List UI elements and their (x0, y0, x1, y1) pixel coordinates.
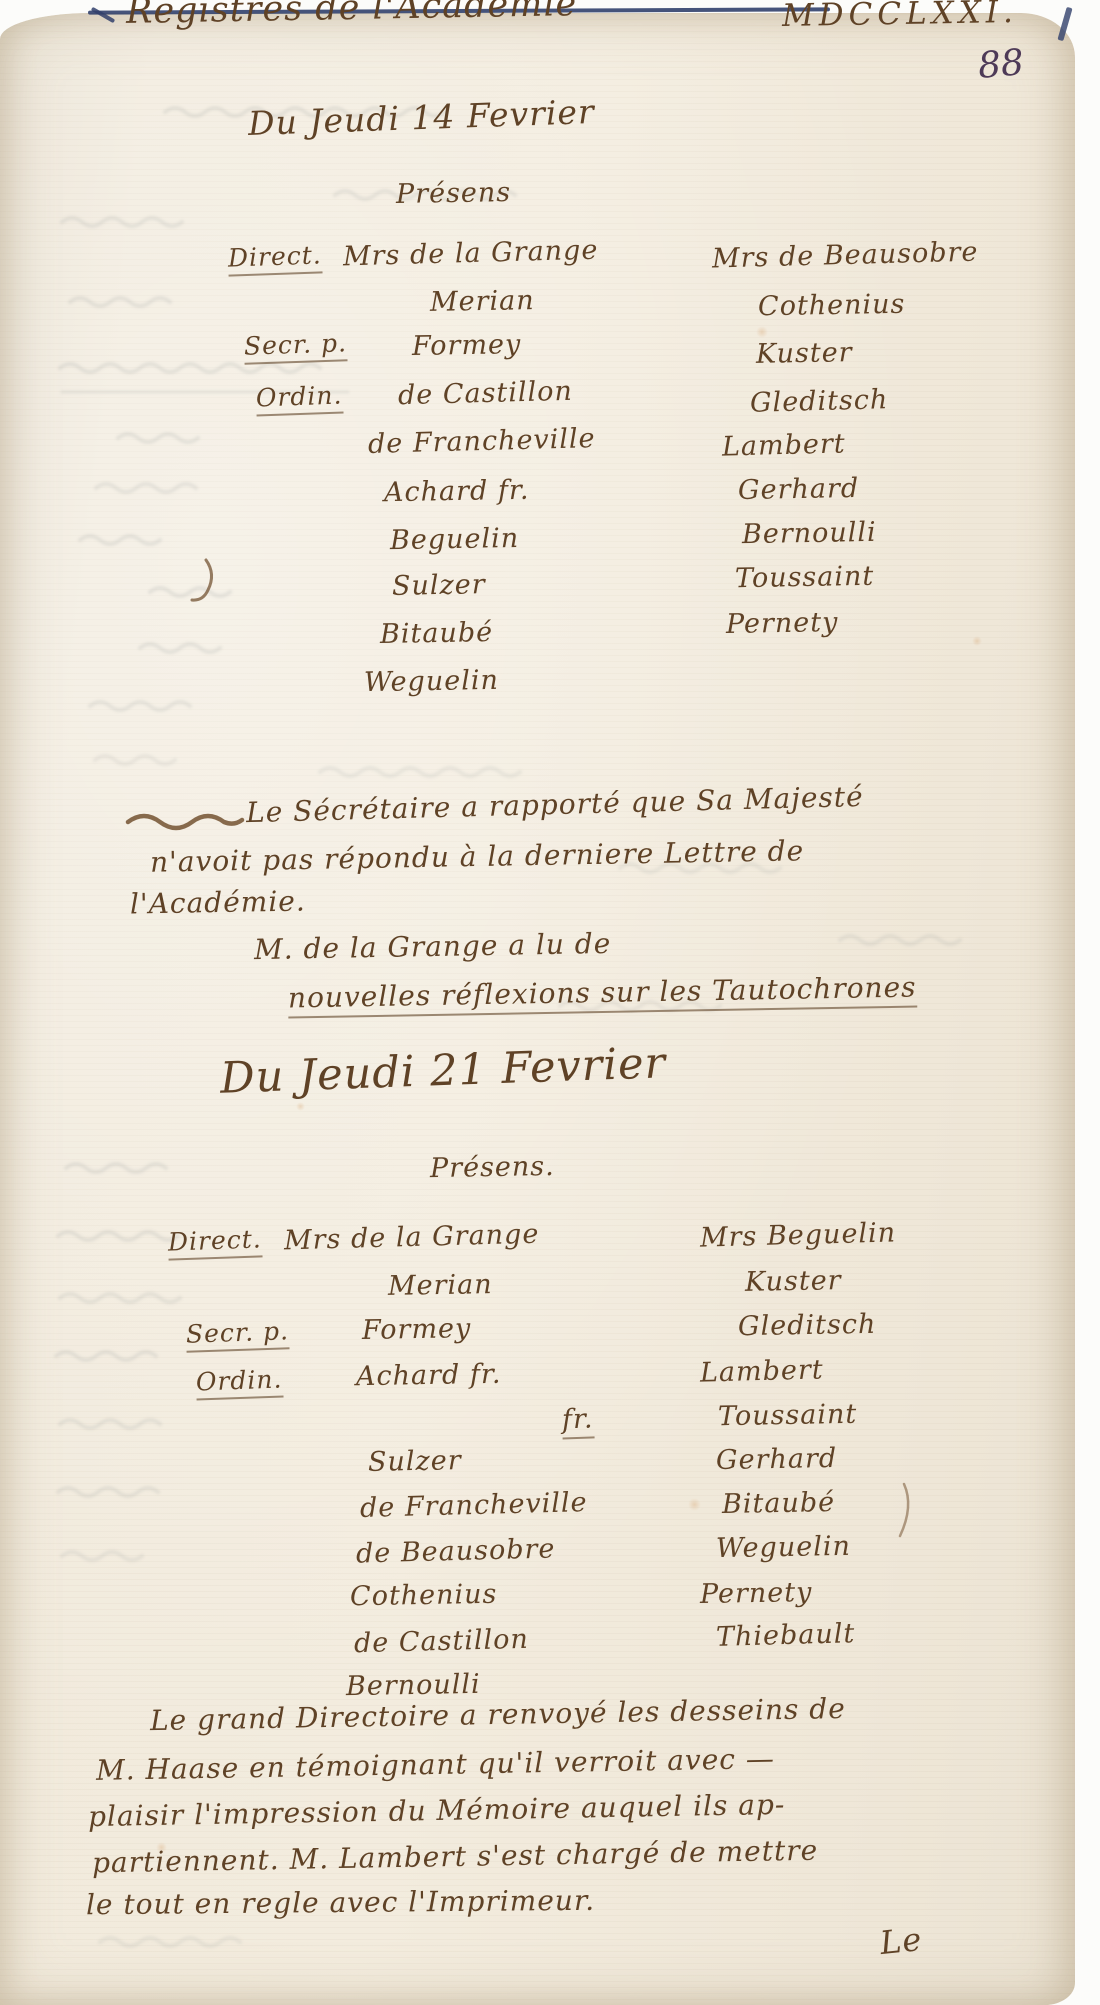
attendee-name: Cothenius (350, 1579, 498, 1613)
session1-role-direct: Direct. (227, 240, 322, 276)
attendee-name: Formey (412, 329, 522, 362)
session1-role-secr: Secr. p. (243, 328, 347, 365)
attendee-name: de Francheville (360, 1487, 588, 1524)
attendee-name: Gerhard (738, 473, 860, 506)
folio-number: 88 (976, 42, 1025, 87)
foxing-spot (688, 1498, 701, 1511)
attendee-name: Kuster (756, 337, 853, 370)
minute-text-line: le tout en regle avec l'Imprimeur. (86, 1884, 595, 1921)
attendee-name: Formey (362, 1313, 472, 1346)
attendee-name: Mrs Beguelin (700, 1217, 897, 1253)
attendee-name: Bitaubé (722, 1487, 836, 1520)
reading-line: M. de la Grange a lu de (254, 927, 612, 966)
year-roman-numeral: MDCCLXXI. (782, 0, 1018, 34)
attendee-name: Cothenius (758, 289, 906, 323)
attendee-name: de Beausobre (356, 1533, 556, 1569)
attendee-name: Achard fr. (356, 1359, 502, 1393)
attendee-name: Toussaint (735, 561, 875, 594)
attendee-name: Gleditsch (738, 1309, 877, 1342)
attendee-name: Gleditsch (750, 384, 889, 419)
manuscript-page: Registres de l'Academie MDCCLXXI. 88 Du … (0, 0, 1100, 2005)
foxing-spot (756, 326, 768, 338)
session1-role-ordin: Ordin. (255, 381, 343, 417)
session2-role-ordin: Ordin. (195, 1365, 283, 1401)
attendee-name: Sulzer (392, 569, 486, 602)
attendee-name: Lambert (700, 1354, 824, 1388)
attendee-name: Kuster (745, 1265, 842, 1298)
session2-role-direct: Direct. (167, 1224, 262, 1260)
attendee-name: de Castillon (354, 1624, 530, 1660)
session1-presens-label: Présens (396, 177, 512, 210)
minute-text-line: l'Académie. (130, 884, 306, 920)
attendee-name: Bitaubé (380, 617, 494, 650)
attendee-name: Merian (388, 1269, 493, 1302)
attendee-name: Bernoulli (346, 1669, 481, 1702)
attendee-name: Gerhard (716, 1443, 838, 1476)
attendee-name: Pernety (726, 607, 839, 640)
attendee-name: de Francheville (368, 423, 596, 460)
attendee-name-suffix: fr. (561, 1403, 594, 1439)
foxing-spot (296, 1102, 305, 1111)
attendee-name: Weguelin (716, 1531, 851, 1564)
attendee-name: Bernoulli (742, 517, 877, 550)
attendee-name: Beguelin (390, 523, 520, 556)
attendee-name: Sulzer (368, 1445, 462, 1478)
attendee-name: Thiebault (716, 1618, 856, 1653)
attendee-name: Toussaint (718, 1399, 858, 1432)
session2-role-secr: Secr. p. (185, 1316, 289, 1353)
attendee-name: Merian (430, 285, 535, 318)
attendee-name: Pernety (700, 1577, 813, 1610)
session2-presens-label: Présens. (430, 1151, 555, 1184)
attendee-name: Weguelin (364, 665, 499, 698)
attendee-name: Achard fr. (384, 475, 530, 509)
catchword: Le (878, 1920, 924, 1962)
foxing-spot (972, 636, 982, 646)
attendee-name: Lambert (722, 428, 846, 462)
attendee-name: de Castillon (398, 376, 574, 412)
